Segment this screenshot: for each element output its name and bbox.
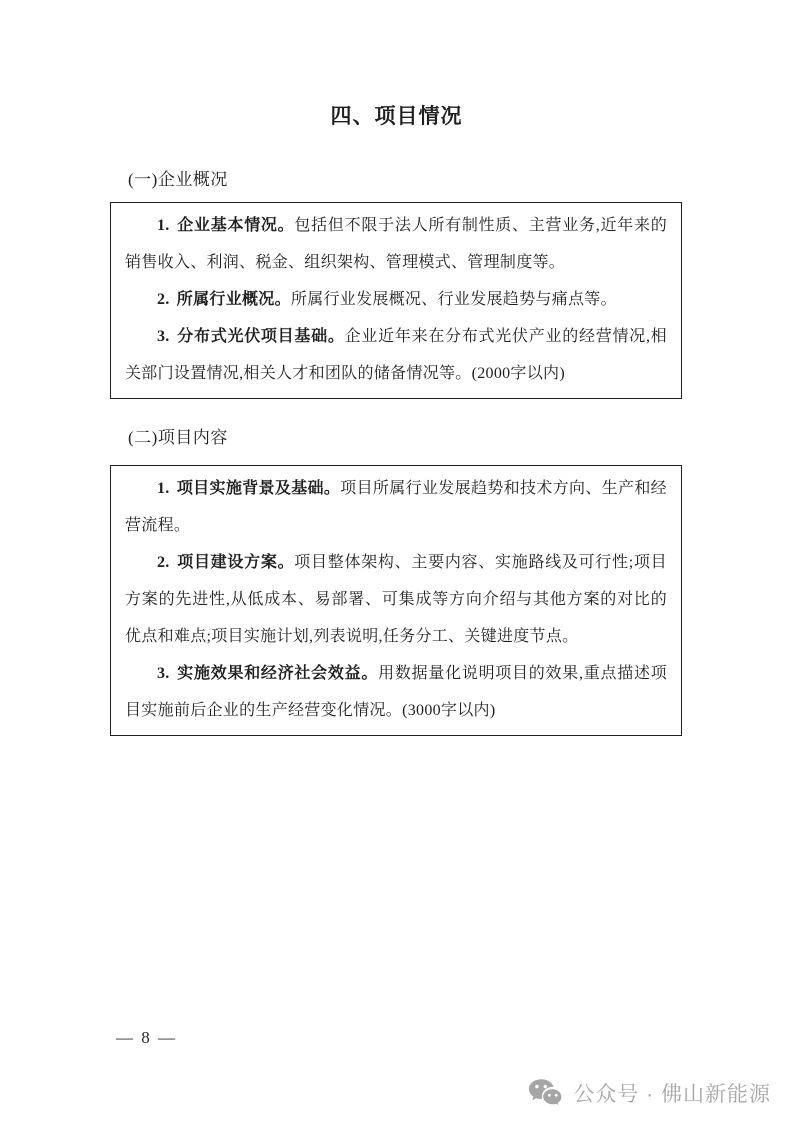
page-number: — 8 —: [116, 1028, 177, 1048]
item-number: 3.: [157, 665, 170, 682]
section-box-1: 1.企业基本情况。包括但不限于法人所有制性质、主营业务,近年来的销售收入、利润、…: [110, 202, 682, 399]
list-item: 3.分布式光伏项目基础。企业近年来在分布式光伏产业的经营情况,相关部门设置情况,…: [125, 318, 667, 392]
list-item: 2.所属行业概况。所属行业发展概况、行业发展趋势与痛点等。: [125, 281, 667, 318]
item-heading: 项目实施背景及基础。: [177, 480, 340, 497]
item-body: 所属行业发展概况、行业发展趋势与痛点等。: [291, 291, 617, 308]
item-number: 3.: [157, 328, 170, 345]
section-box-2: 1.项目实施背景及基础。项目所属行业发展趋势和技术方向、生产和经营流程。 2.项…: [110, 465, 682, 736]
list-item: 2.项目建设方案。项目整体架构、主要内容、实施路线及可行性;项目方案的先进性,从…: [125, 544, 667, 655]
item-heading: 实施效果和经济社会效益。: [177, 665, 378, 682]
wechat-icon: [528, 1078, 564, 1108]
watermark: 公众号 · 佛山新能源: [528, 1078, 771, 1108]
section-heading-2: (二)项目内容: [128, 423, 228, 448]
item-heading: 项目建设方案。: [177, 554, 295, 571]
item-number: 2.: [157, 554, 170, 571]
item-heading: 分布式光伏项目基础。: [177, 328, 345, 345]
item-heading: 所属行业概况。: [177, 291, 291, 308]
item-number: 2.: [157, 291, 170, 308]
watermark-text: 公众号 · 佛山新能源: [573, 1078, 771, 1108]
item-number: 1.: [157, 217, 170, 234]
item-number: 1.: [157, 480, 170, 497]
list-item: 1.企业基本情况。包括但不限于法人所有制性质、主营业务,近年来的销售收入、利润、…: [125, 207, 667, 281]
list-item: 3.实施效果和经济社会效益。用数据量化说明项目的效果,重点描述项目实施前后企业的…: [125, 655, 667, 729]
page-title: 四、项目情况: [0, 100, 793, 130]
document-page: 四、项目情况 (一)企业概况 1.企业基本情况。包括但不限于法人所有制性质、主营…: [0, 0, 793, 1122]
list-item: 1.项目实施背景及基础。项目所属行业发展趋势和技术方向、生产和经营流程。: [125, 470, 667, 544]
section-heading-1: (一)企业概况: [128, 165, 228, 190]
item-heading: 企业基本情况。: [177, 217, 295, 234]
